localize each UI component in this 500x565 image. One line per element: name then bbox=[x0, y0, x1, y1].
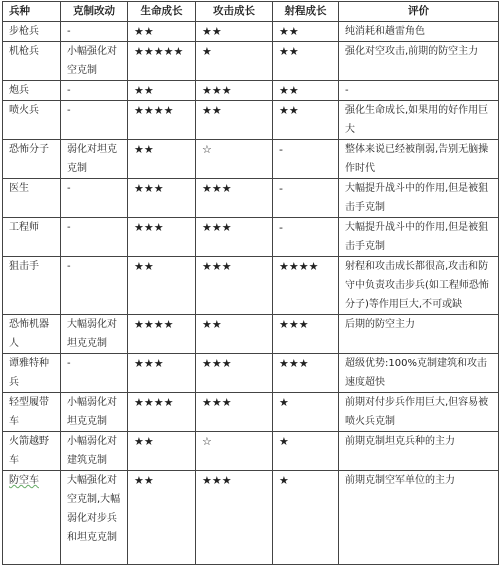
comment-cell: 纯消耗和趟雷角色 bbox=[339, 22, 499, 42]
unit-cell: 恐怖分子 bbox=[3, 140, 61, 179]
atk-stars: ★★ bbox=[196, 22, 273, 42]
atk-stars: ☆ bbox=[196, 432, 273, 471]
unit-cell: 工程师 bbox=[3, 218, 61, 257]
change-cell: 小幅强化对空克制 bbox=[61, 42, 128, 81]
change-cell: - bbox=[61, 257, 128, 315]
comment-cell: 射程和攻击成长都很高,攻击和防守中负责攻击步兵(如工程师恐怖分子)等作用巨大,不… bbox=[339, 257, 499, 315]
atk-stars: ★★★ bbox=[196, 471, 273, 552]
comment-cell: 大幅提升战斗中的作用,但是被狙击手克制 bbox=[339, 179, 499, 218]
atk-stars: ☆ bbox=[196, 140, 273, 179]
change-cell: - bbox=[61, 101, 128, 140]
unit-cell: 谭雅特种兵 bbox=[3, 354, 61, 393]
table-row: 恐怖分子弱化对坦克克制★★☆-整体来说已经被削弱,告别无脑操作时代 bbox=[3, 140, 499, 179]
atk-stars: ★★★ bbox=[196, 257, 273, 315]
comment-cell: 后期的防空主力 bbox=[339, 315, 499, 354]
comment-cell: 前期对付步兵作用巨大,但容易被喷火兵克制 bbox=[339, 393, 499, 432]
hp-stars: ★★★ bbox=[128, 179, 196, 218]
unit-cell: 步枪兵 bbox=[3, 22, 61, 42]
unit-comparison-table: 兵种 克制改动 生命成长 攻击成长 射程成长 评价 步枪兵-★★★★★★纯消耗和… bbox=[2, 1, 499, 551]
change-cell: 小幅弱化对建筑克制 bbox=[61, 432, 128, 471]
hp-stars: ★★ bbox=[128, 432, 196, 471]
range-stars: ★★★ bbox=[273, 354, 339, 393]
header-row: 兵种 克制改动 生命成长 攻击成长 射程成长 评价 bbox=[3, 2, 499, 22]
unit-cell: 医生 bbox=[3, 179, 61, 218]
unit-cell: 喷火兵 bbox=[3, 101, 61, 140]
atk-stars: ★★★ bbox=[196, 81, 273, 101]
change-cell: - bbox=[61, 179, 128, 218]
hp-stars: ★★★★ bbox=[128, 393, 196, 432]
atk-stars: ★★★ bbox=[196, 179, 273, 218]
table-row: 医生-★★★★★★-大幅提升战斗中的作用,但是被狙击手克制 bbox=[3, 179, 499, 218]
table-row: 机枪兵小幅强化对空克制★★★★★★★★强化对空攻击,前期的防空主力 bbox=[3, 42, 499, 81]
unit-cell: 防空车 bbox=[3, 471, 61, 552]
comment-cell: 超级优势:100%克制建筑和攻击速度超快 bbox=[339, 354, 499, 393]
comment-cell: - bbox=[339, 81, 499, 101]
unit-cell: 狙击手 bbox=[3, 257, 61, 315]
change-cell: 弱化对坦克克制 bbox=[61, 140, 128, 179]
unit-cell: 炮兵 bbox=[3, 81, 61, 101]
range-stars: ★★ bbox=[273, 22, 339, 42]
comment-cell: 强化对空攻击,前期的防空主力 bbox=[339, 42, 499, 81]
table-row: 恐怖机器人大幅弱化对坦克克制★★★★★★★★★后期的防空主力 bbox=[3, 315, 499, 354]
table-row: 喷火兵-★★★★★★★★强化生命成长,如果用的好作用巨大 bbox=[3, 101, 499, 140]
change-cell: - bbox=[61, 354, 128, 393]
hp-stars: ★★ bbox=[128, 22, 196, 42]
header-atk: 攻击成长 bbox=[196, 2, 273, 22]
change-cell: 小幅弱化对坦克克制 bbox=[61, 393, 128, 432]
hp-stars: ★★★★★ bbox=[128, 42, 196, 81]
hp-stars: ★★ bbox=[128, 257, 196, 315]
range-stars: ★ bbox=[273, 471, 339, 552]
hp-stars: ★★★★ bbox=[128, 315, 196, 354]
unit-cell: 恐怖机器人 bbox=[3, 315, 61, 354]
atk-stars: ★ bbox=[196, 42, 273, 81]
atk-stars: ★★★ bbox=[196, 393, 273, 432]
range-stars: ★★ bbox=[273, 81, 339, 101]
change-cell: - bbox=[61, 218, 128, 257]
comment-cell: 强化生命成长,如果用的好作用巨大 bbox=[339, 101, 499, 140]
table-row: 火箭越野车小幅弱化对建筑克制★★☆★前期克制坦克兵种的主力 bbox=[3, 432, 499, 471]
header-range: 射程成长 bbox=[273, 2, 339, 22]
hp-stars: ★★ bbox=[128, 81, 196, 101]
atk-stars: ★★★ bbox=[196, 354, 273, 393]
range-stars: ★★ bbox=[273, 101, 339, 140]
table-row: 工程师-★★★★★★-大幅提升战斗中的作用,但是被狙击手克制 bbox=[3, 218, 499, 257]
change-cell: - bbox=[61, 22, 128, 42]
table-body: 步枪兵-★★★★★★纯消耗和趟雷角色机枪兵小幅强化对空克制★★★★★★★★强化对… bbox=[3, 22, 499, 552]
header-unit: 兵种 bbox=[3, 2, 61, 22]
range-stars: - bbox=[273, 218, 339, 257]
change-cell: 大幅强化对空克制,大幅弱化对步兵和坦克克制 bbox=[61, 471, 128, 552]
range-stars: ★★ bbox=[273, 42, 339, 81]
hp-stars: ★★ bbox=[128, 471, 196, 552]
change-cell: - bbox=[61, 81, 128, 101]
comment-cell: 大幅提升战斗中的作用,但是被狙击手克制 bbox=[339, 218, 499, 257]
atk-stars: ★★ bbox=[196, 315, 273, 354]
unit-cell: 火箭越野车 bbox=[3, 432, 61, 471]
table-row: 防空车大幅强化对空克制,大幅弱化对步兵和坦克克制★★★★★★前期克制空军单位的主… bbox=[3, 471, 499, 552]
unit-cell: 机枪兵 bbox=[3, 42, 61, 81]
table-row: 炮兵-★★★★★★★- bbox=[3, 81, 499, 101]
hp-stars: ★★★ bbox=[128, 218, 196, 257]
hp-stars: ★★★★ bbox=[128, 101, 196, 140]
comment-cell: 前期克制坦克兵种的主力 bbox=[339, 432, 499, 471]
header-comment: 评价 bbox=[339, 2, 499, 22]
table-row: 谭雅特种兵-★★★★★★★★★超级优势:100%克制建筑和攻击速度超快 bbox=[3, 354, 499, 393]
range-stars: ★ bbox=[273, 393, 339, 432]
range-stars: ★★★ bbox=[273, 315, 339, 354]
hp-stars: ★★ bbox=[128, 140, 196, 179]
comment-cell: 前期克制空军单位的主力 bbox=[339, 471, 499, 552]
range-stars: - bbox=[273, 179, 339, 218]
range-stars: - bbox=[273, 140, 339, 179]
header-hp: 生命成长 bbox=[128, 2, 196, 22]
table-row: 轻型履带车小幅弱化对坦克克制★★★★★★★★前期对付步兵作用巨大,但容易被喷火兵… bbox=[3, 393, 499, 432]
range-stars: ★ bbox=[273, 432, 339, 471]
unit-cell: 轻型履带车 bbox=[3, 393, 61, 432]
table-row: 狙击手-★★★★★★★★★射程和攻击成长都很高,攻击和防守中负责攻击步兵(如工程… bbox=[3, 257, 499, 315]
comment-cell: 整体来说已经被削弱,告别无脑操作时代 bbox=[339, 140, 499, 179]
change-cell: 大幅弱化对坦克克制 bbox=[61, 315, 128, 354]
atk-stars: ★★★ bbox=[196, 218, 273, 257]
atk-stars: ★★ bbox=[196, 101, 273, 140]
table-row: 步枪兵-★★★★★★纯消耗和趟雷角色 bbox=[3, 22, 499, 42]
header-change: 克制改动 bbox=[61, 2, 128, 22]
range-stars: ★★★★ bbox=[273, 257, 339, 315]
hp-stars: ★★★ bbox=[128, 354, 196, 393]
